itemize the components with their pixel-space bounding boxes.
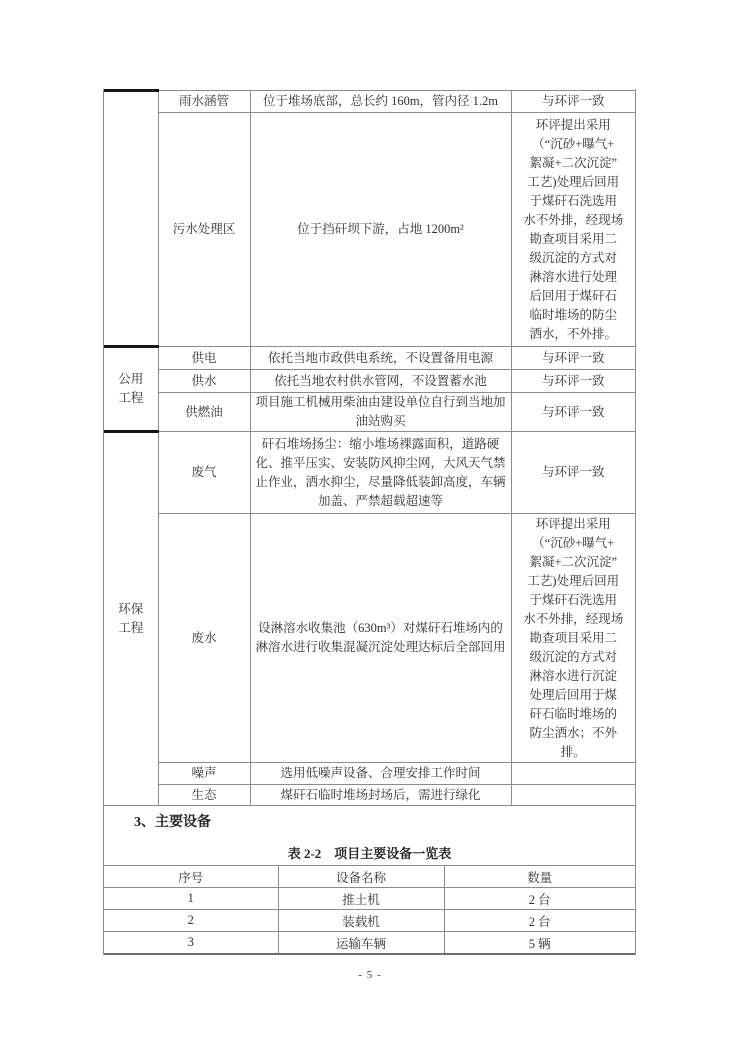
- desc-cell: 位于挡矸坝下游，占地 1200m²: [250, 113, 511, 347]
- desc-cell: 矸石堆场扬尘：缩小堆场裸露面积，道路硬化、推平压实、安装防风抑尘网，大风天气禁止…: [250, 432, 511, 514]
- table-row: 供水 依托当地农村供水管网，不设置蓄水池 与环评一致: [104, 370, 635, 393]
- status-cell: [511, 785, 635, 806]
- status-cell: 与环评一致: [511, 370, 635, 393]
- table-row: 生态 煤矸石临时堆场封场后，需进行绿化: [104, 785, 635, 806]
- item-cell: 供电: [158, 347, 250, 370]
- verification-table: 雨水涵管 位于堆场底部，总长约 160m，管内径 1.2m 与环评一致 污水处理…: [104, 89, 635, 806]
- document-form-frame: 雨水涵管 位于堆场底部，总长约 160m，管内径 1.2m 与环评一致 污水处理…: [103, 89, 636, 955]
- item-cell: 供燃油: [158, 393, 250, 432]
- quantity-cell: 2 台: [444, 888, 635, 910]
- group-cell: 环保 工程: [104, 432, 158, 806]
- column-header: 数量: [444, 866, 635, 888]
- quantity-cell: 2 台: [444, 910, 635, 932]
- item-cell: 污水处理区: [158, 113, 250, 347]
- group-cell: 公用 工程: [104, 347, 158, 432]
- page-number: - 5 -: [0, 969, 740, 981]
- quantity-cell: 5 辆: [444, 932, 635, 955]
- table-row: 噪声 选用低噪声设备、合理安排工作时间: [104, 763, 635, 785]
- serial-cell: 2: [104, 910, 278, 932]
- status-cell: [511, 763, 635, 785]
- desc-cell: 项目施工机械用柴油由建设单位自行到当地加油站购买: [250, 393, 511, 432]
- desc-cell: 设淋溶水收集池（630m³）对煤矸石堆场内的淋溶水进行收集混凝沉淀处理达标后全部…: [250, 514, 511, 763]
- table-row: 2 装载机 2 台: [104, 910, 635, 932]
- table-row: 3 运输车辆 5 辆: [104, 932, 635, 955]
- status-cell: 与环评一致: [511, 432, 635, 514]
- item-cell: 雨水涵管: [158, 91, 250, 113]
- table-row: 1 推土机 2 台: [104, 888, 635, 910]
- item-cell: 噪声: [158, 763, 250, 785]
- status-cell: 与环评一致: [511, 347, 635, 370]
- table-row: 雨水涵管 位于堆场底部，总长约 160m，管内径 1.2m 与环评一致: [104, 91, 635, 113]
- status-cell: 环评提出采用 （“沉砂+曝气+ 絮凝+二次沉淀” 工艺)处理后回用 于煤矸石洗选…: [511, 514, 635, 763]
- status-cell: 与环评一致: [511, 91, 635, 113]
- table-row: 环保 工程 废气 矸石堆场扬尘：缩小堆场裸露面积，道路硬化、推平压实、安装防风抑…: [104, 432, 635, 514]
- equipment-table: 序号 设备名称 数量 1 推土机 2 台 2 装载机 2 台 3 运输车辆 5 …: [104, 865, 635, 955]
- item-cell: 废水: [158, 514, 250, 763]
- table-row: 污水处理区 位于挡矸坝下游，占地 1200m² 环评提出采用 （“沉砂+曝气+ …: [104, 113, 635, 347]
- table-row: 供燃油 项目施工机械用柴油由建设单位自行到当地加油站购买 与环评一致: [104, 393, 635, 432]
- desc-cell: 依托当地市政供电系统，不设置备用电源: [250, 347, 511, 370]
- table-header-row: 序号 设备名称 数量: [104, 866, 635, 888]
- item-cell: 废气: [158, 432, 250, 514]
- equipment-name-cell: 装载机: [278, 910, 444, 932]
- section-heading: 3、主要设备: [134, 814, 635, 832]
- serial-cell: 1: [104, 888, 278, 910]
- desc-cell: 位于堆场底部，总长约 160m，管内径 1.2m: [250, 91, 511, 113]
- desc-cell: 选用低噪声设备、合理安排工作时间: [250, 763, 511, 785]
- status-cell: 环评提出采用 （“沉砂+曝气+ 絮凝+二次沉淀” 工艺)处理后回用 于煤矸石洗选…: [511, 113, 635, 347]
- equipment-table-caption: 表 2-2 项目主要设备一览表: [104, 845, 635, 862]
- column-header: 设备名称: [278, 866, 444, 888]
- serial-cell: 3: [104, 932, 278, 955]
- equipment-name-cell: 运输车辆: [278, 932, 444, 955]
- item-cell: 供水: [158, 370, 250, 393]
- column-header: 序号: [104, 866, 278, 888]
- status-cell: 与环评一致: [511, 393, 635, 432]
- table-row: 废水 设淋溶水收集池（630m³）对煤矸石堆场内的淋溶水进行收集混凝沉淀处理达标…: [104, 514, 635, 763]
- equipment-name-cell: 推土机: [278, 888, 444, 910]
- desc-cell: 依托当地农村供水管网，不设置蓄水池: [250, 370, 511, 393]
- group-cell: [104, 91, 158, 347]
- table-row: 公用 工程 供电 依托当地市政供电系统，不设置备用电源 与环评一致: [104, 347, 635, 370]
- desc-cell: 煤矸石临时堆场封场后，需进行绿化: [250, 785, 511, 806]
- item-cell: 生态: [158, 785, 250, 806]
